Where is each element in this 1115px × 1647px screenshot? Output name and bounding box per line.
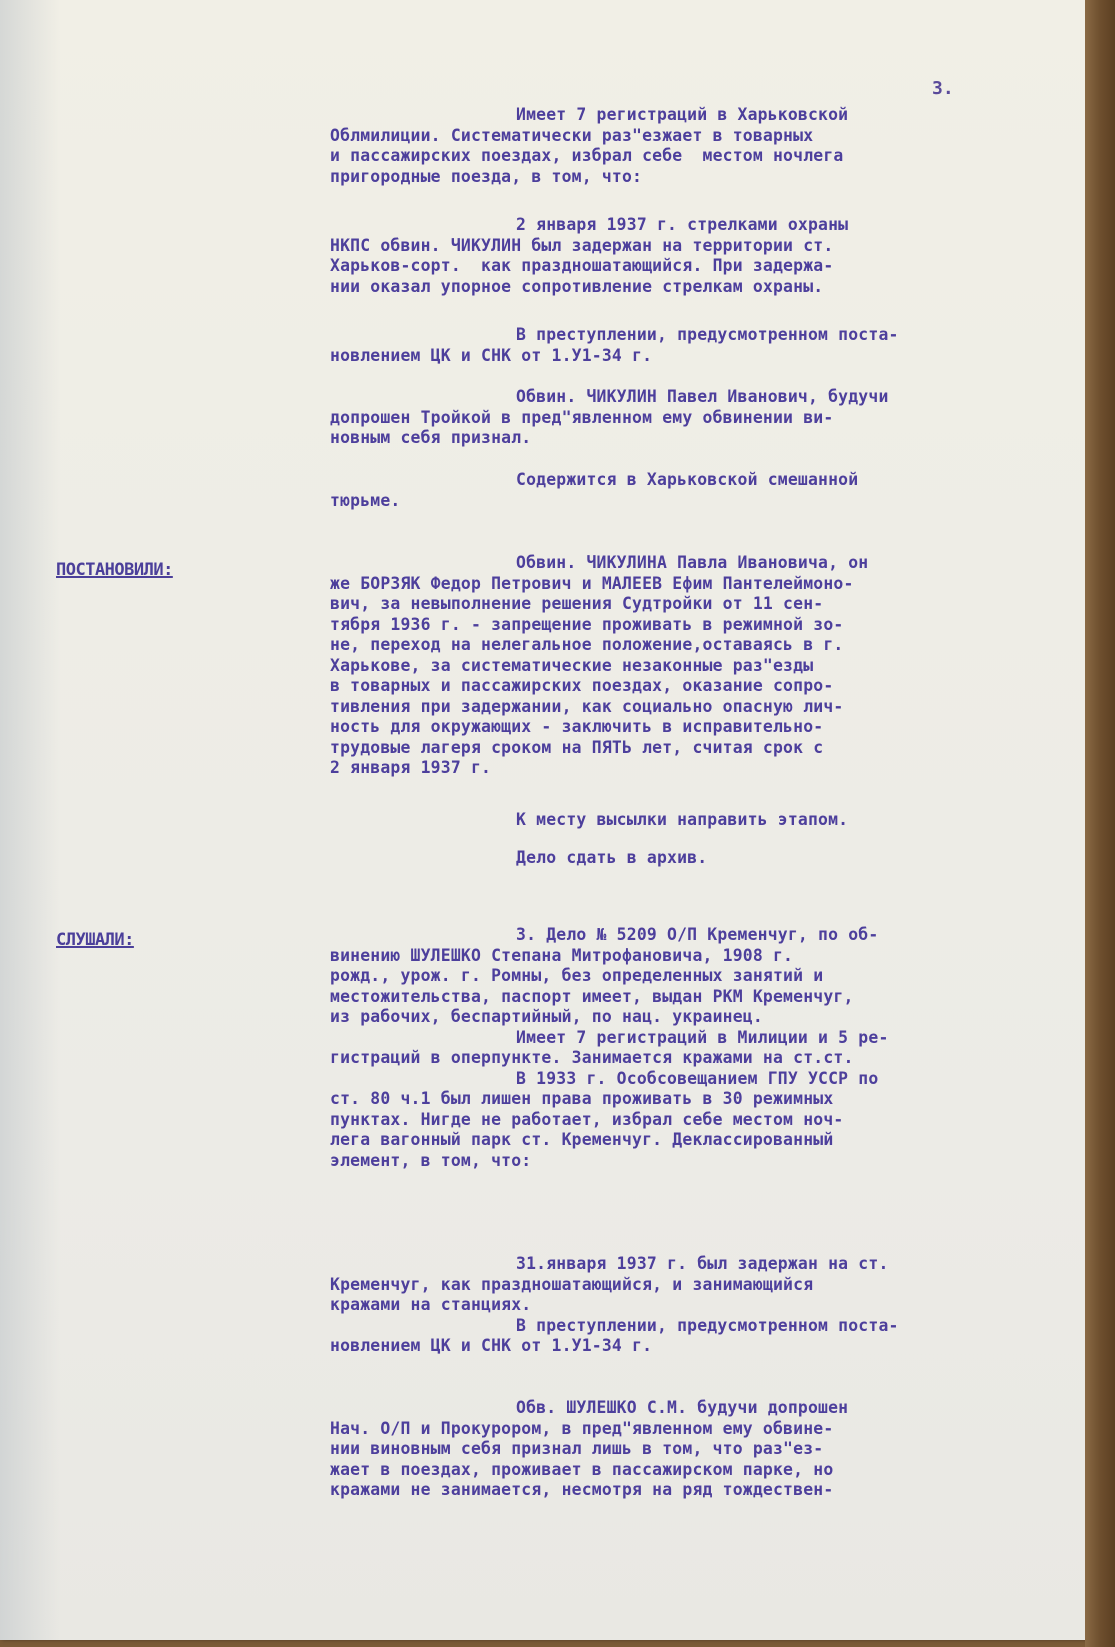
text-line: элемент, в том, что: — [330, 1151, 1050, 1172]
text-line: Содержится в Харьковской смешанной — [330, 470, 1050, 491]
paragraph: 31.января 1937 г. был задержан на ст.Кре… — [330, 1254, 1050, 1357]
paragraph: Обв. ШУЛЕШКО С.М. будучи допрошенНач. О/… — [330, 1398, 1050, 1501]
text-line: тивления при задержании, как социально о… — [330, 697, 1050, 718]
text-line: Харьков-сорт. как праздношатающийся. При… — [330, 256, 1050, 277]
text-line: ность для окружающих - заключить в испра… — [330, 717, 1050, 738]
text-line: из рабочих, беспартийный, по нац. украин… — [330, 1007, 1050, 1028]
wooden-table-edge — [1085, 0, 1115, 1647]
margin-label: СЛУШАЛИ: — [56, 930, 134, 950]
text-line: тюрьме. — [330, 491, 1050, 512]
text-line: не, переход на нелегальное положение,ост… — [330, 635, 1050, 656]
text-line: 2 января 1937 г. — [330, 758, 1050, 779]
text-line: К месту высылки направить этапом. — [330, 810, 1050, 831]
text-line: винению ШУЛЕШКО Степана Митрофановича, 1… — [330, 946, 1050, 967]
margin-label: ПОСТАНОВИЛИ: — [56, 560, 173, 580]
text-line: пунктах. Нигде не работает, избрал себе … — [330, 1110, 1050, 1131]
text-line: кражами не занимается, несмотря на ряд т… — [330, 1480, 1050, 1501]
paragraph: Содержится в Харьковской смешаннойтюрьме… — [330, 470, 1050, 511]
text-line: лега вагонный парк ст. Кременчуг. Деклас… — [330, 1130, 1050, 1151]
paragraph: Обвин. ЧИКУЛИНА Павла Ивановича, онже БО… — [330, 553, 1050, 779]
paragraph: 3. Дело № 5209 О/П Кременчуг, по об-вине… — [330, 925, 1050, 1171]
text-line: В преступлении, предусмотренном поста- — [330, 325, 1050, 346]
text-line: Нач. О/П и Прокурором, в пред"явленном е… — [330, 1419, 1050, 1440]
document-page: 3. ПОСТАНОВИЛИ:СЛУШАЛИ: Имеет 7 регистра… — [0, 0, 1088, 1640]
text-line: Кременчуг, как праздношатающийся, и зани… — [330, 1275, 1050, 1296]
paragraph: Обвин. ЧИКУЛИН Павел Иванович, будучидоп… — [330, 387, 1050, 449]
text-line: Обв. ШУЛЕШКО С.М. будучи допрошен — [330, 1398, 1050, 1419]
text-line: тября 1936 г. - запрещение проживать в р… — [330, 615, 1050, 636]
paragraph: Имеет 7 регистраций в ХарьковскойОблмили… — [330, 105, 1050, 187]
text-line: Обвин. ЧИКУЛИН Павел Иванович, будучи — [330, 387, 1050, 408]
text-line: Обвин. ЧИКУЛИНА Павла Ивановича, он — [330, 553, 1050, 574]
page-number: 3. — [932, 78, 954, 99]
text-line: нии виновным себя признал лишь в том, чт… — [330, 1439, 1050, 1460]
paragraph: В преступлении, предусмотренном поста-но… — [330, 325, 1050, 366]
text-line: новным себя признал. — [330, 428, 1050, 449]
paragraph: К месту высылки направить этапом. — [330, 810, 1050, 831]
text-line: нии оказал упорное сопротивление стрелка… — [330, 277, 1050, 298]
paragraph: 2 января 1937 г. стрелками охраныНКПС об… — [330, 215, 1050, 297]
text-line: трудовые лагеря сроком на ПЯТЬ лет, счит… — [330, 738, 1050, 759]
text-line: Имеет 7 регистраций в Милиции и 5 ре- — [330, 1028, 1050, 1049]
text-line: допрошен Тройкой в пред"явленном ему обв… — [330, 408, 1050, 429]
text-line: новлением ЦК и СНК от 1.У1-34 г. — [330, 1336, 1050, 1357]
text-line: же БОРЗЯК Федор Петрович и МАЛЕЕВ Ефим П… — [330, 574, 1050, 595]
text-line: Облмилиции. Систематически раз"езжает в … — [330, 126, 1050, 147]
text-line: новлением ЦК и СНК от 1.У1-34 г. — [330, 346, 1050, 367]
text-line: В 1933 г. Особсовещанием ГПУ УССР по — [330, 1069, 1050, 1090]
text-line: ст. 80 ч.1 был лишен права проживать в 3… — [330, 1089, 1050, 1110]
text-line: Имеет 7 регистраций в Харьковской — [330, 105, 1050, 126]
text-line: жает в поездах, проживает в пассажирском… — [330, 1460, 1050, 1481]
text-line: кражами на станциях. — [330, 1295, 1050, 1316]
text-line: Харькове, за систематические незаконные … — [330, 656, 1050, 677]
text-line: 3. Дело № 5209 О/П Кременчуг, по об- — [330, 925, 1050, 946]
page-shadow — [0, 0, 60, 1640]
text-line: В преступлении, предусмотренном поста- — [330, 1316, 1050, 1337]
text-line: пригородные поезда, в том, что: — [330, 167, 1050, 188]
text-line: НКПС обвин. ЧИКУЛИН был задержан на терр… — [330, 236, 1050, 257]
text-line: местожительства, паспорт имеет, выдан РК… — [330, 987, 1050, 1008]
paragraph: Дело сдать в архив. — [330, 848, 1050, 869]
text-line: 2 января 1937 г. стрелками охраны — [330, 215, 1050, 236]
text-line: гистраций в оперпункте. Занимается кража… — [330, 1048, 1050, 1069]
text-line: 31.января 1937 г. был задержан на ст. — [330, 1254, 1050, 1275]
text-line: в товарных и пассажирских поездах, оказа… — [330, 676, 1050, 697]
text-line: и пассажирских поездах, избрал себе мест… — [330, 146, 1050, 167]
text-line: рожд., урож. г. Ромны, без определенных … — [330, 966, 1050, 987]
text-line: вич, за невыполнение решения Судтройки о… — [330, 594, 1050, 615]
text-line: Дело сдать в архив. — [330, 848, 1050, 869]
